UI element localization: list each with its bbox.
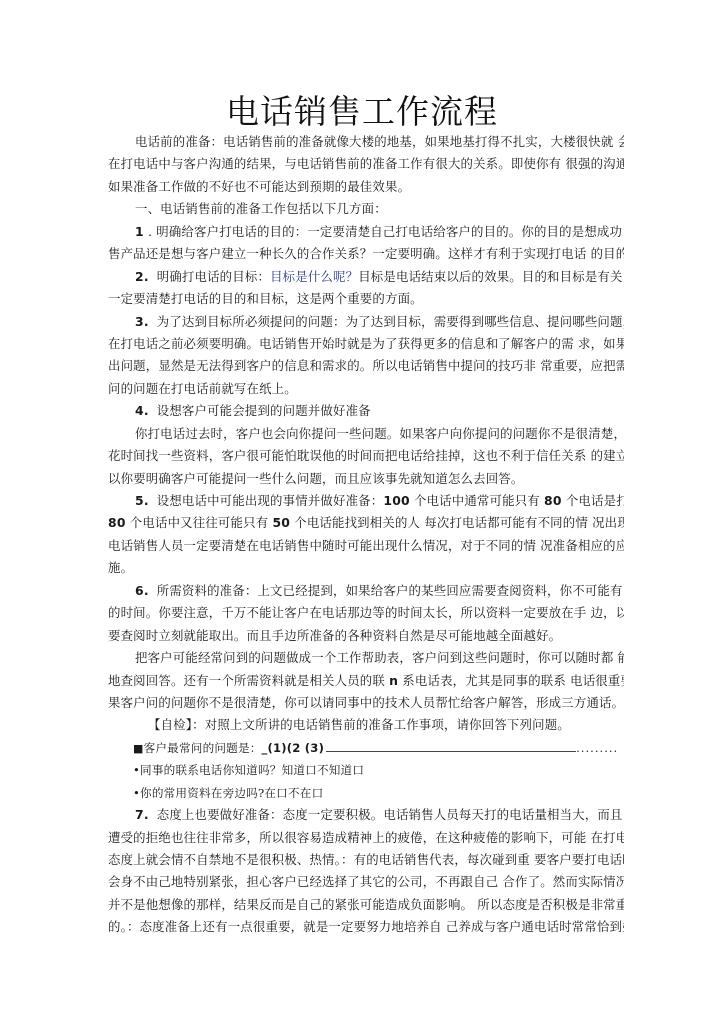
section-heading: 一、电话销售前的准备工作包括以下几方面： — [108, 198, 624, 220]
intro-line-1: 电话前的准备：电话销售前的准备就像大楼的地基，如果地基打得不扎实，大楼很快就 会… — [108, 131, 624, 153]
intro-line-3: 如果准备工作做的不好也不可能达到预期的最佳效果。 — [108, 176, 624, 198]
self-check-q1-text: 客户最常问的问题是： — [144, 741, 262, 755]
item-5-number-100: 100 — [383, 493, 409, 508]
item-2-number: 2. — [135, 269, 149, 284]
answer-blank-line — [326, 739, 576, 752]
item-5-line-2: 80 个电话中又往往可能只有 50 个电话能找到相关的人 每次打电话都可能有不同… — [108, 512, 624, 534]
item-5-line-4: 施。 — [108, 557, 624, 579]
item-5-text-c: 个电话是打通 的， — [562, 493, 624, 508]
item-7-line-4: 会身不由己地特别紧张，担心客户已经选择了其它的公司，不再跟自己 合作了。然而实际… — [108, 871, 624, 893]
help-table-line-2: 地查阅回答。还有一个所需资料就是相关人员的联 n 系电话表，尤其是同事的联系 电… — [108, 670, 624, 692]
item-5-line2-number-80: 80 — [108, 515, 126, 530]
item-7-line-3: 态度上就会情不自禁地不是很积极、热情。：有的电话销售代表，每次碰到重 要客户要打… — [108, 849, 624, 871]
item-5-line2-number-50: 50 — [272, 515, 290, 530]
item-6-line-2: 的时间。你要注意，千万不能让客户在电话那边等的时间太长，所以资料一定要放在手 边… — [108, 602, 624, 624]
item-4-heading: 4.设想客户可能会提到的问题并做好准备 — [108, 400, 624, 422]
item-1-line-2: 售产品还是想与客户建立一种长久的合作关系？一定要明确。这样才有利于实现打电话 的… — [108, 243, 624, 265]
help-table-line-1: 把客户可能经常问到的问题做成一个工作帮助表，客户问到这些问题时，你可以随时都 能… — [108, 647, 624, 669]
document-title: 电话销售工作流程 — [0, 92, 724, 132]
item-4-heading-text: 设想客户可能会提到的问题并做好准备 — [157, 403, 371, 418]
item-5-line2-text-a: 个电话中又往往可能只有 — [126, 515, 273, 530]
item-7-line-6: 的。：态度准备上还有一点很重要，就是一定要努力地培养自 己养成与客户通电话时常常… — [108, 916, 624, 938]
item-5-line2-text-b: 个电话能找到相关的人 每次打电话都可能有不同的情 况出现，作为 — [290, 515, 624, 530]
self-check-q1-dots: ......... — [576, 741, 618, 755]
item-5-number: 5. — [135, 493, 149, 508]
item-4-line-2: 花时间找一些资料，客户很可能怕耽误他的时间而把电话给挂掉，这也不利于信任关系 的… — [108, 445, 624, 467]
self-check-label: 【自检】：对照上文所讲的电话销售前的准备工作事项，请你回答下列问题。 — [108, 714, 624, 736]
self-check-question-3: •你的常用资料在旁边吗?在口不在口 — [108, 782, 624, 804]
item-7-line-2: 遭受的拒绝也往往非常多，所以很容易造成精神上的疲倦，在这种疲倦的影响下，可能 在… — [108, 827, 624, 849]
intro-line-2: 在打电话中与客户沟通的结果，与电话销售前的准备工作有很大的关系。即使你有 很强的… — [108, 153, 624, 175]
item-3-number: 3. — [135, 314, 149, 329]
help-table-line2-b: 系电话表，尤其是同事的联系 电话很重要，如 — [398, 673, 624, 688]
item-1-line-1: 1 . 明确给客户打电话的目的：一定要清楚自己打电话给客户的目的。你的目的是想成… — [108, 221, 624, 243]
help-table-line2-a: 地查阅回答。还有一个所需资料就是相关人员的联 — [108, 673, 389, 688]
item-7-text: 态度上也要做好准备：态度一定要积极。电话销售人员每天打的电话量相当大，而且 每天 — [157, 807, 624, 822]
item-7-line-1: 7.态度上也要做好准备：态度一定要积极。电话销售人员每天打的电话量相当大，而且 … — [108, 804, 624, 826]
item-6-text: 所需资料的准备：上文已经提到，如果给客户的某些回应需要查阅资料，你不可能有 太多 — [157, 583, 624, 598]
item-3-text: 为了达到目标所必须提问的问题：为了达到目标，需要得到哪些信息、提问哪些问题，这些 — [157, 314, 624, 329]
self-check-q1-fill: _(1)(2 (3) — [262, 741, 325, 755]
item-2-line-1: 2.明确打电话的目标：目标是什么呢？目标是电话结束以后的效果。目的和目标是有关 … — [108, 266, 624, 288]
item-6-number: 6. — [135, 583, 149, 598]
item-3-line-1: 3.为了达到目标所必须提问的问题：为了达到目标，需要得到哪些信息、提问哪些问题，… — [108, 311, 624, 333]
document-page: 电话销售工作流程 电话前的准备：电话销售前的准备就像大楼的地基，如果地基打得不扎… — [0, 0, 724, 1024]
item-2-highlight: 目标是什么呢？ — [270, 269, 358, 284]
item-4-line-1: 你打电话过去时，客户也会向你提问一些问题。如果客户向你提问的问题你不是很清楚， … — [108, 423, 624, 445]
item-4-line-3: 以你要明确客户可能提问一些什么问题，而且应该事先就知道怎么去回答。 — [108, 468, 624, 490]
item-4-number: 4. — [135, 403, 149, 418]
help-table-line2-n: n — [389, 673, 398, 688]
item-2-line-2: 一定要清楚打电话的目的和目标，这是两个重要的方面。 — [108, 288, 624, 310]
item-5-number-80: 80 — [544, 493, 562, 508]
item-1-number: 1 — [135, 224, 144, 239]
square-bullet-icon: ■ — [133, 742, 144, 755]
item-2-rest: 目标是电话结束以后的效果。目的和目标是有关 联的， — [358, 269, 624, 284]
document-body: 电话前的准备：电话销售前的准备就像大楼的地基，如果地基打得不扎实，大楼很快就 会… — [108, 131, 624, 939]
item-1-text: . 明确给客户打电话的目的：一定要清楚自己打电话给客户的目的。你的目的是想成功 … — [144, 224, 624, 239]
help-table-line-3: 果客户问的问题你不是很清楚，你可以请同事中的技术人员帮忙给客户解答，形成三方通话… — [108, 692, 624, 714]
item-3-line-3: 出问题，显然是无法得到客户的信息和需求的。所以电话销售中提问的技巧非 常重要，应… — [108, 355, 624, 377]
item-3-line-2: 在打电话之前必须要明确。电话销售开始时就是为了获得更多的信息和了解客户的需 求，… — [108, 333, 624, 355]
self-check-question-1: ■客户最常问的问题是：_(1)(2 (3)......... — [108, 737, 624, 759]
item-5-line-3: 电话销售人员一定要清楚在电话销售中随时可能出现什么情况，对于不同的情 况准备相应… — [108, 535, 624, 557]
item-5-line-1: 5.设想电话中可能出现的事情并做好准备：100 个电话中通常可能只有 80 个电… — [108, 490, 624, 512]
item-7-line-5: 并不是他想像的那样，结果反而是自己的紧张可能造成负面影响。 所以态度是否积极是非… — [108, 894, 624, 916]
item-5-text-b: 个电话中通常可能只有 — [410, 493, 544, 508]
item-3-line-4: 问的问题在打电话前就写在纸上。 — [108, 378, 624, 400]
self-check-question-2: •同事的联系电话你知道吗？知道口不知道口 — [108, 759, 624, 781]
item-5-text-a: 设想电话中可能出现的事情并做好准备： — [157, 493, 384, 508]
item-6-line-3: 要查阅时立刻就能取出。而且手边所准备的各种资料自然是尽可能地越全面越好。 — [108, 625, 624, 647]
item-6-line-1: 6.所需资料的准备：上文已经提到，如果给客户的某些回应需要查阅资料，你不可能有 … — [108, 580, 624, 602]
item-2-lead: 明确打电话的目标： — [157, 269, 270, 284]
item-7-number: 7. — [135, 807, 149, 822]
